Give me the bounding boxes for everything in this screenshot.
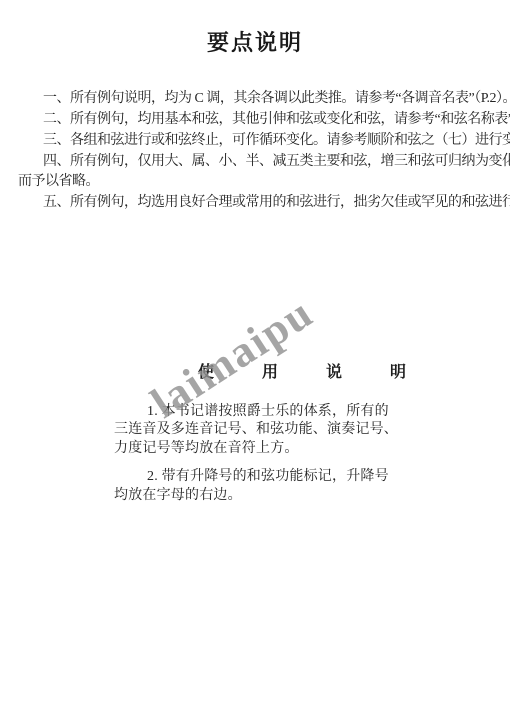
page-title: 要点说明 [0, 26, 510, 57]
usage-note-item-2-continuation: 均放在字母的右边。 [114, 488, 242, 504]
key-point-item-4: 四、所有例句，仅用大、属、小、半、减五类主要和弦，增三和弦可归纳为变化的属七和弦 [43, 154, 510, 170]
usage-note-item-1: 1. 本书记谱按照爵士乐的体系，所有的 [147, 404, 389, 420]
usage-note-item-1-continuation: 三连音及多连音记号、和弦功能、演奏记号、 [114, 422, 398, 438]
section-title-usage-notes: 使 用 说 明 [198, 359, 428, 382]
key-point-item-5: 五、所有例句，均选用良好合理或常用的和弦进行，拙劣欠佳或罕见的和弦进行，则予以省… [43, 195, 510, 211]
key-point-item-2: 二、所有例句，均用基本和弦，其他引伸和弦或变化和弦，请参考“和弦名称表”（P.1… [43, 112, 510, 128]
document-page: 要点说明 一、所有例句说明，均为 C 调，其余各调以此类推。请参考“各调音名表”… [0, 0, 510, 721]
usage-note-item-2: 2. 带有升降号的和弦功能标记，升降号 [147, 469, 389, 485]
key-point-item-1: 一、所有例句说明，均为 C 调，其余各调以此类推。请参考“各调音名表”（P.2）… [43, 91, 510, 107]
key-point-item-3: 三、各组和弦进行或和弦终止，可作循环变化。请参考顺阶和弦之（七）进行变化（P.1… [43, 133, 510, 149]
usage-note-item-1-continuation-2: 力度记号等均放在音符上方。 [114, 441, 299, 457]
key-point-item-4-continuation: 而予以省略。 [18, 174, 99, 190]
